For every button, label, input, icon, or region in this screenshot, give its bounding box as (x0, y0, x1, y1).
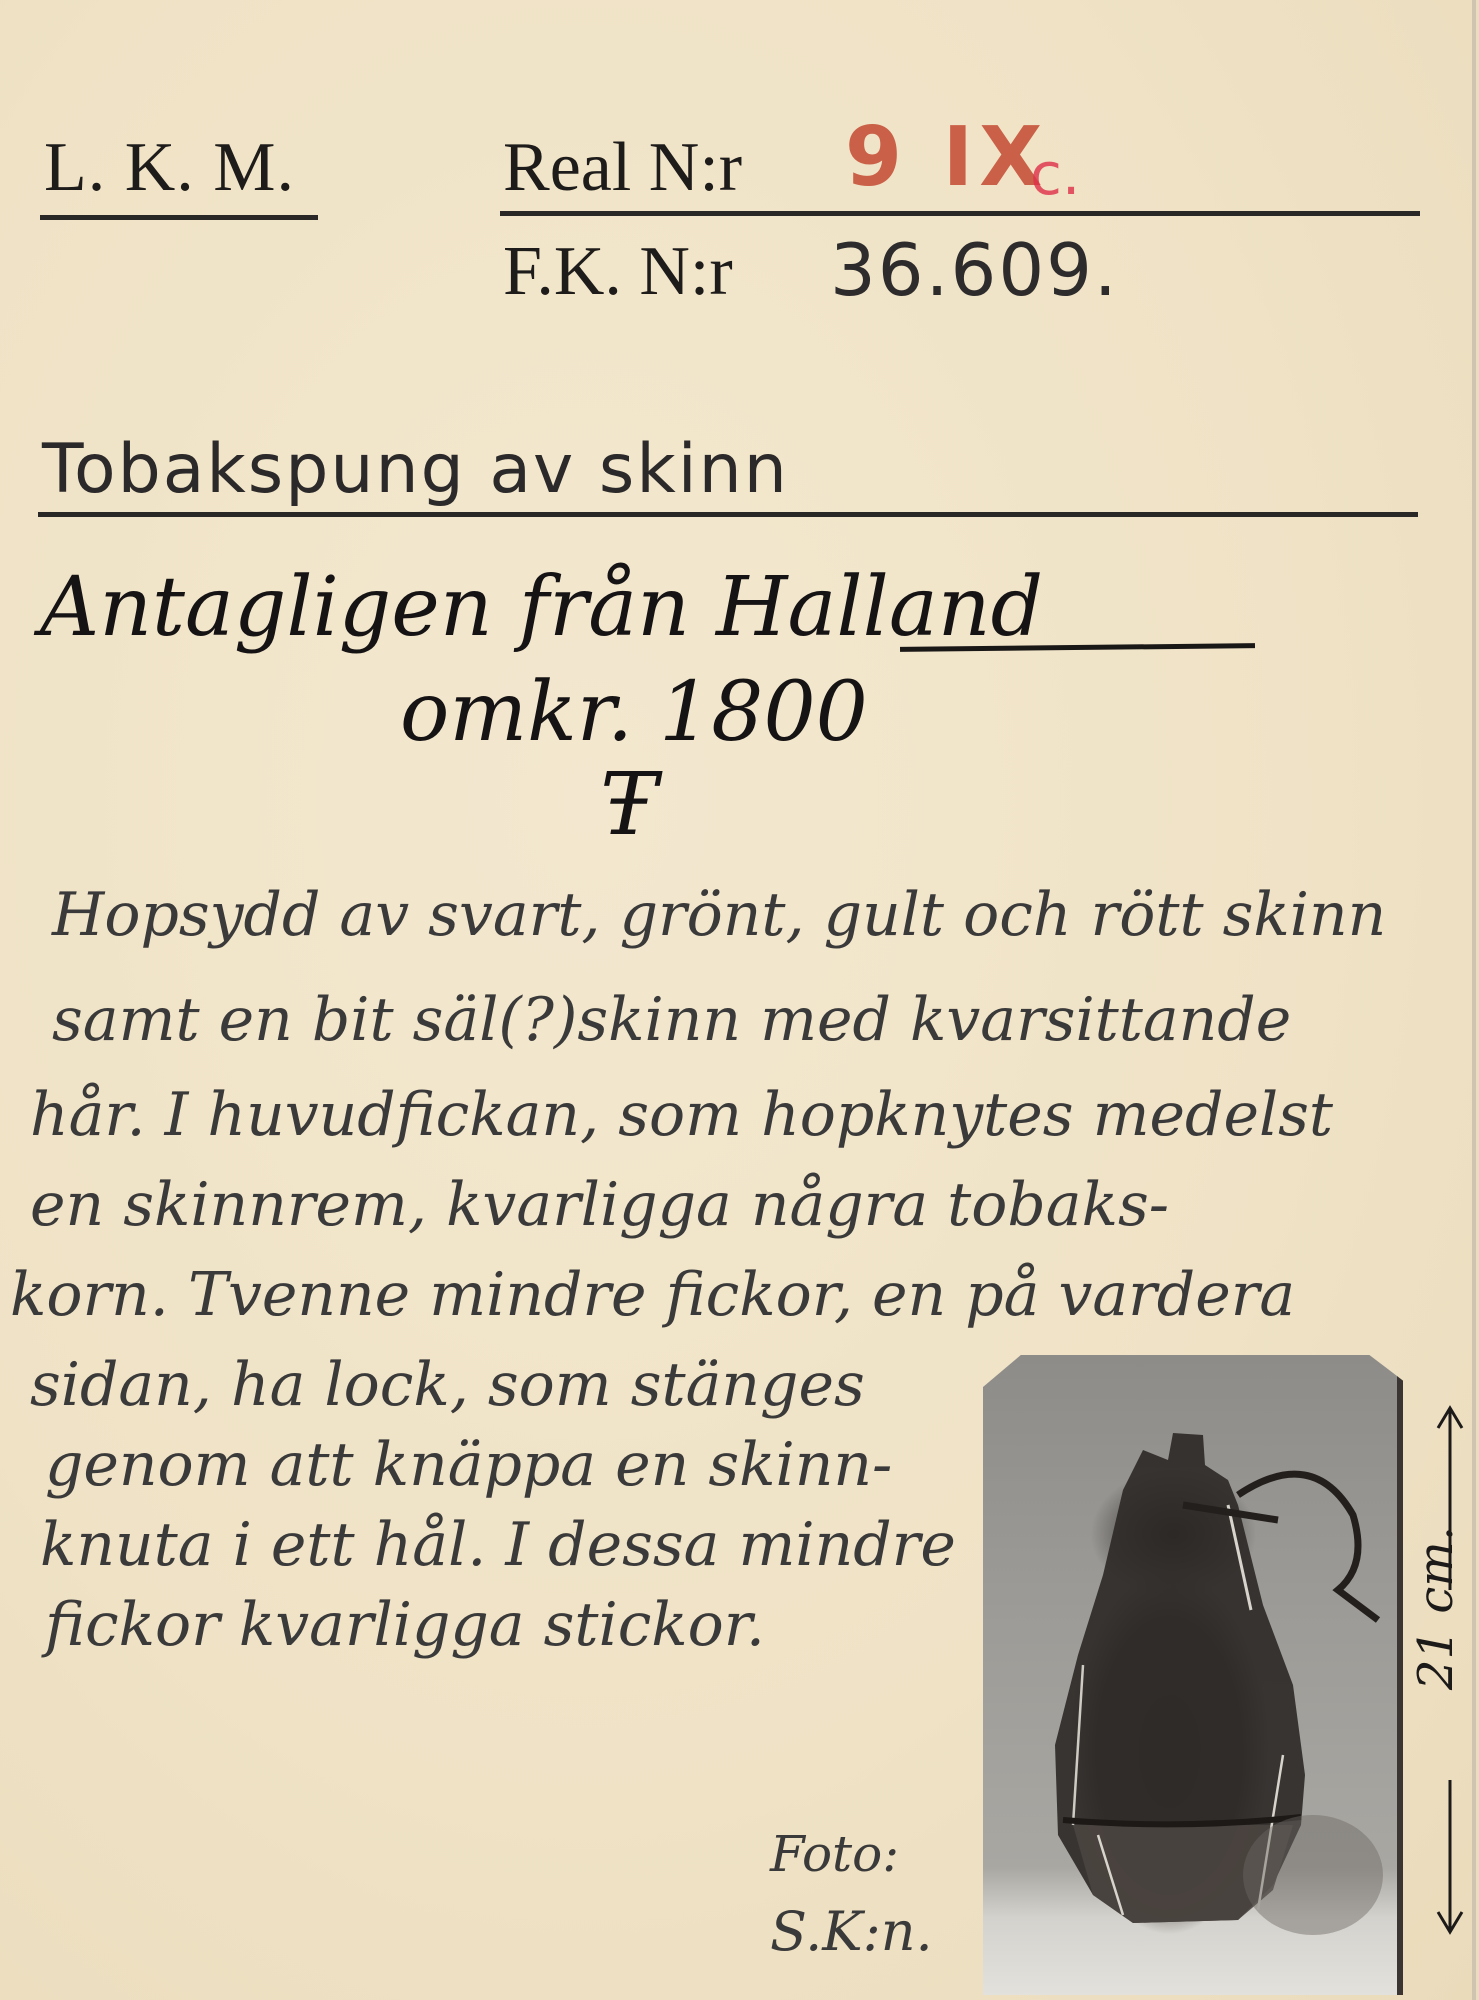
fk-nr-label: F.K. N:r (503, 232, 733, 312)
description-line: fickor kvarligga stickor. (45, 1590, 765, 1660)
real-nr-suffix: c. (1030, 140, 1080, 208)
catalog-card: L. K. M. Real N:r 9 IX c. F.K. N:r 36.60… (0, 0, 1476, 2000)
monogram-mark: Ŧ (600, 755, 657, 855)
description-line: samt en bit säl(?)skinn med kvarsittande (52, 985, 1291, 1055)
museum-underline (40, 215, 318, 220)
description-line: korn. Tvenne mindre fickor, en på varder… (10, 1260, 1295, 1330)
object-photograph (983, 1355, 1403, 1995)
real-nr-value: 9 IX (845, 110, 1048, 205)
provenance-line-1: Antagligen från Halland (40, 560, 1043, 655)
description-line: knuta i ett hål. I dessa mindre (40, 1510, 956, 1580)
tobacco-pouch-illustration (983, 1355, 1403, 1995)
object-title: Tobakspung av skinn (42, 430, 789, 509)
description-line: Hopsydd av svart, grönt, gult och rött s… (52, 880, 1386, 950)
photo-credit-label: Foto: (770, 1825, 899, 1883)
provenance-line-2: omkr. 1800 (400, 665, 868, 760)
title-underline (38, 512, 1418, 517)
fk-nr-value: 36.609. (830, 228, 1119, 312)
museum-abbreviation: L. K. M. (44, 128, 295, 208)
description-line: sidan, ha lock, som stänges (30, 1350, 865, 1420)
description-line: genom att knäppa en skinn- (45, 1430, 892, 1500)
photographer-initials: S.K:n. (770, 1900, 933, 1963)
dimension-label: 21 cm. (1408, 1526, 1464, 1690)
real-nr-label: Real N:r (503, 128, 742, 208)
description-line: hår. I huvudfickan, som hopknytes medels… (30, 1080, 1333, 1150)
description-line: en skinnrem, kvarligga några tobaks- (30, 1170, 1169, 1240)
real-nr-underline (500, 211, 1420, 216)
